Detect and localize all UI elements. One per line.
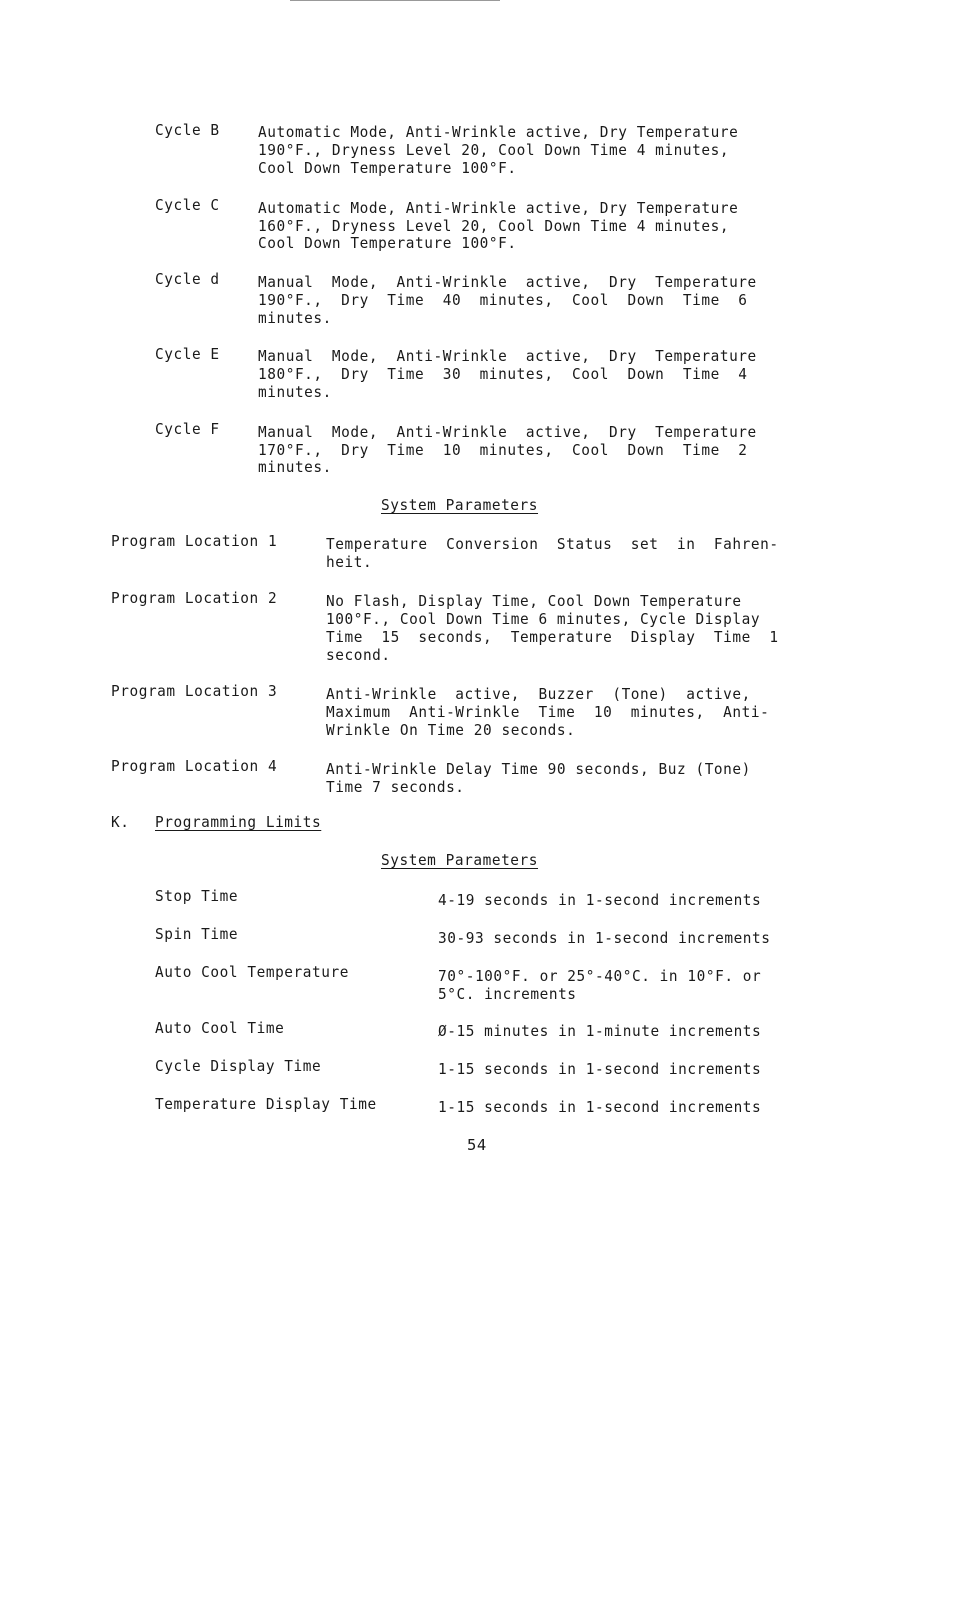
program-location-label: Program Location 2: [111, 589, 277, 607]
section-letter: K.: [111, 813, 129, 831]
cycle-label: Cycle d: [155, 270, 220, 288]
program-location-label: Program Location 1: [111, 532, 277, 550]
cycle-line: Manual Mode, Anti-Wrinkle active, Dry Te…: [258, 347, 757, 365]
program-location-line: heit.: [326, 553, 372, 571]
cycle-label: Cycle C: [155, 196, 220, 214]
cycle-line: 190°F., Dry Time 40 minutes, Cool Down T…: [258, 291, 748, 309]
cycle-line: Cool Down Temperature 100°F.: [258, 159, 517, 177]
program-location-line: Anti-Wrinkle active, Buzzer (Tone) activ…: [326, 685, 751, 703]
system-parameters-heading: System Parameters: [381, 851, 538, 869]
program-location-line: Maximum Anti-Wrinkle Time 10 minutes, An…: [326, 703, 769, 721]
system-parameters-heading: System Parameters: [381, 496, 538, 514]
scan-edge-line: [290, 0, 500, 1]
limit-name: Temperature Display Time: [155, 1095, 377, 1113]
section-title: Programming Limits: [155, 813, 321, 831]
cycle-line: minutes.: [258, 383, 332, 401]
program-location-label: Program Location 3: [111, 682, 277, 700]
program-location-label: Program Location 4: [111, 757, 277, 775]
cycle-label: Cycle B: [155, 121, 220, 139]
limit-value: 30-93 seconds in 1-second increments: [438, 929, 771, 947]
limit-name: Stop Time: [155, 887, 238, 905]
limit-name: Auto Cool Time: [155, 1019, 284, 1037]
cycle-line: Automatic Mode, Anti-Wrinkle active, Dry…: [258, 199, 738, 217]
limit-value: 1-15 seconds in 1-second increments: [438, 1060, 761, 1078]
cycle-line: 190°F., Dryness Level 20, Cool Down Time…: [258, 141, 729, 159]
limit-value: Ø-15 minutes in 1-minute increments: [438, 1022, 761, 1040]
limit-name: Spin Time: [155, 925, 238, 943]
program-location-line: second.: [326, 646, 391, 664]
cycle-line: Manual Mode, Anti-Wrinkle active, Dry Te…: [258, 423, 757, 441]
program-location-line: Anti-Wrinkle Delay Time 90 seconds, Buz …: [326, 760, 751, 778]
cycle-label: Cycle F: [155, 420, 220, 438]
cycle-line: 160°F., Dryness Level 20, Cool Down Time…: [258, 217, 729, 235]
cycle-line: minutes.: [258, 458, 332, 476]
limit-value: 4-19 seconds in 1-second increments: [438, 891, 761, 909]
cycle-line: minutes.: [258, 309, 332, 327]
program-location-line: No Flash, Display Time, Cool Down Temper…: [326, 592, 742, 610]
cycle-line: Manual Mode, Anti-Wrinkle active, Dry Te…: [258, 273, 757, 291]
cycle-line: 180°F., Dry Time 30 minutes, Cool Down T…: [258, 365, 748, 383]
program-location-line: 100°F., Cool Down Time 6 minutes, Cycle …: [326, 610, 760, 628]
limit-name: Cycle Display Time: [155, 1057, 321, 1075]
limit-name: Auto Cool Temperature: [155, 963, 349, 981]
program-location-line: Wrinkle On Time 20 seconds.: [326, 721, 575, 739]
limit-value: 5°C. increments: [438, 985, 577, 1003]
cycle-line: Automatic Mode, Anti-Wrinkle active, Dry…: [258, 123, 738, 141]
program-location-line: Temperature Conversion Status set in Fah…: [326, 535, 779, 553]
program-location-line: Time 7 seconds.: [326, 778, 465, 796]
cycle-label: Cycle E: [155, 345, 220, 363]
page-number: 54: [467, 1136, 487, 1154]
limit-value: 1-15 seconds in 1-second increments: [438, 1098, 761, 1116]
limit-value: 70°-100°F. or 25°-40°C. in 10°F. or: [438, 967, 761, 985]
cycle-line: Cool Down Temperature 100°F.: [258, 234, 517, 252]
cycle-line: 170°F., Dry Time 10 minutes, Cool Down T…: [258, 441, 748, 459]
program-location-line: Time 15 seconds, Temperature Display Tim…: [326, 628, 779, 646]
